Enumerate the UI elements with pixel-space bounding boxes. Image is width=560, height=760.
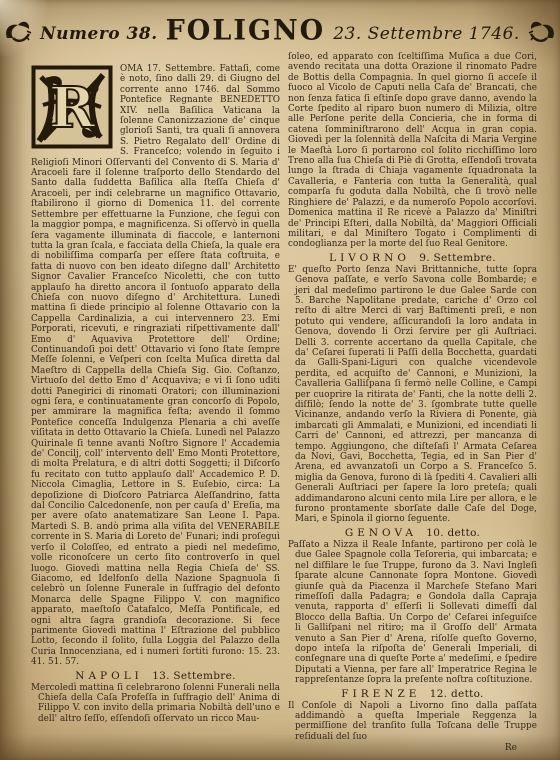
section-city: NAPOLI	[75, 670, 143, 682]
issue-number: Numero 38.	[40, 24, 158, 44]
section-heading-livorno: LIVORNO 9. Settembre.	[288, 252, 537, 264]
drop-cap-woodcut: R	[31, 65, 113, 149]
gazette-page: Numero 38. FOLIGNO 23. Settembre 1746.	[0, 0, 560, 760]
masthead: Numero 38. FOLIGNO 23. Settembre 1746.	[0, 0, 560, 46]
drop-cap-letter: R	[49, 75, 96, 141]
section-date: 13. Settembre.	[152, 670, 236, 682]
article-roma: R OMA 17. Settembre. Fattaſi, come è not…	[31, 64, 280, 668]
article-genova: Paſſato a Nizza il Reale Infante, partir…	[288, 540, 537, 686]
section-city: GENOVA	[345, 527, 417, 539]
section-date: 12. detto.	[430, 688, 484, 700]
catchword: Re	[288, 743, 537, 753]
section-heading-napoli: NAPOLI 13. Settembre.	[31, 670, 280, 682]
masthead-city: FOLIGNO	[166, 14, 326, 47]
right-column: ſoleo, ed apparato con ſceltiſſima Muſic…	[288, 50, 537, 753]
article-firenze: Il Conſole di Napoli a Livorno ſino dall…	[288, 701, 537, 743]
masthead-left-fleuron-icon	[2, 17, 32, 45]
article-livorno: E' queſto Porto ſenza Navi Brittanniche,…	[288, 265, 537, 525]
masthead-date: 23. Settembre 1746.	[333, 24, 520, 44]
section-heading-genova: GENOVA 10. detto.	[288, 527, 537, 539]
section-date: 9. Settembre.	[419, 252, 496, 264]
section-heading-firenze: FIRENZE 12. detto.	[288, 688, 537, 700]
masthead-right-fleuron-icon	[528, 17, 558, 45]
article-columns: R OMA 17. Settembre. Fattaſi, come è not…	[0, 46, 560, 753]
left-column: R OMA 17. Settembre. Fattaſi, come è not…	[31, 50, 280, 753]
section-city: FIRENZE	[341, 688, 420, 700]
article-napoli: Mercoledì mattina ſi celebrarono ſolenni…	[31, 683, 280, 725]
article-roma-text: OMA 17. Settembre. Fattaſi, come è noto,…	[31, 64, 280, 667]
section-city: LIVORNO	[329, 252, 410, 264]
article-napoli-continuation: ſoleo, ed apparato con ſceltiſſima Muſic…	[288, 52, 537, 250]
section-date: 10. detto.	[426, 527, 480, 539]
